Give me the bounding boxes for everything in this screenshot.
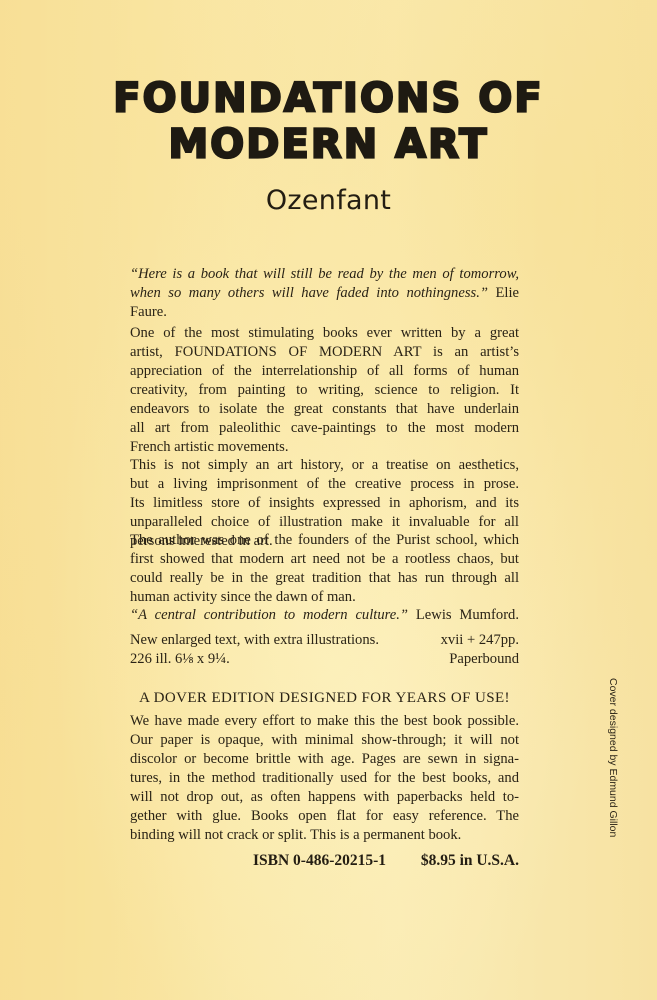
- text-line: will not drop out, as often happens with…: [130, 788, 519, 807]
- isbn: ISBN 0-486-20215-1: [253, 852, 386, 870]
- text-line: first showed that modern art need not be…: [130, 550, 519, 569]
- description-paragraph-1: One of the most stimulating books ever w…: [130, 324, 519, 457]
- text-line: binding will not crack or split. This is…: [130, 826, 519, 845]
- text-line: This is not simply an art history, or a …: [130, 456, 519, 475]
- dover-heading: A DOVER EDITION DESIGNED FOR YEARS OF US…: [130, 690, 519, 707]
- text-line: One of the most stimulating books ever w…: [130, 324, 519, 343]
- text-line: gether with glue. Books open flat for ea…: [130, 807, 519, 826]
- text-line: could really be in the great tradition t…: [130, 569, 519, 588]
- quote-text: “A central contribution to modern cultur…: [130, 607, 408, 623]
- book-title-line-2: MODERN ART: [0, 121, 657, 167]
- specs-line-1: New enlarged text, with extra illustrati…: [130, 631, 519, 650]
- text-line: creativity, from painting to writing, sc…: [130, 381, 519, 400]
- book-title-line-1: FOUNDATIONS OF: [0, 75, 657, 121]
- specs-description: New enlarged text, with extra illustrati…: [130, 631, 379, 650]
- text-line: The author was one of the founders of th…: [130, 531, 519, 550]
- text-line: French artistic movements.: [130, 438, 519, 457]
- text-line: unparalleled choice of illustration make…: [130, 513, 519, 532]
- price: $8.95 in U.S.A.: [421, 852, 519, 870]
- text-line: all art from paleolithic cave-paintings …: [130, 419, 519, 438]
- text-line: discolor or become brittle with age. Pag…: [130, 750, 519, 769]
- binding-type: Paperbound: [449, 650, 519, 669]
- text-line: appreciation of the interrelationship of…: [130, 362, 519, 381]
- quote-text: when so many others will have faded into…: [130, 285, 488, 301]
- text-line: human activity since the dawn of man.: [130, 588, 519, 607]
- author-name: Ozenfant: [0, 185, 657, 216]
- mumford-quote: “A central contribution to modern cultur…: [130, 606, 519, 625]
- specs-line-2: 226 ill. 6⅛ x 9¼. Paperbound: [130, 650, 519, 669]
- page-count: xvii + 247pp.: [441, 631, 519, 650]
- text-line: Its limitless store of insights expresse…: [130, 494, 519, 513]
- text-line: tures, in the method traditionally used …: [130, 769, 519, 788]
- text-line: artist, FOUNDATIONS OF MODERN ART is an …: [130, 343, 519, 362]
- quote-line: “A central contribution to modern cultur…: [130, 606, 519, 625]
- back-cover: FOUNDATIONS OF MODERN ART Ozenfant “Here…: [0, 0, 657, 1000]
- text-line: We have made every effort to make this t…: [130, 712, 519, 731]
- text-line: Our paper is opaque, with minimal show-t…: [130, 731, 519, 750]
- quote-attribution: Elie: [495, 285, 519, 301]
- book-specs: New enlarged text, with extra illustrati…: [130, 631, 519, 669]
- cover-credit-text: Cover designed by Edmund Gillon: [607, 678, 619, 828]
- text-line: endeavors to isolate the great constants…: [130, 400, 519, 419]
- text-line: but a living imprisonment of the creativ…: [130, 475, 519, 494]
- isbn-price-line: ISBN 0-486-20215-1 $8.95 in U.S.A.: [253, 852, 519, 870]
- quote-attribution-cont: Faure.: [130, 303, 519, 322]
- quote-line: “Here is a book that will still be read …: [130, 265, 519, 284]
- faure-quote: “Here is a book that will still be read …: [130, 265, 519, 322]
- illustrations-and-size: 226 ill. 6⅛ x 9¼.: [130, 650, 230, 669]
- quote-line: when so many others will have faded into…: [130, 284, 519, 303]
- dover-paragraph: We have made every effort to make this t…: [130, 712, 519, 845]
- quote-attribution: Lewis Mumford.: [416, 607, 519, 623]
- description-paragraph-3: The author was one of the founders of th…: [130, 531, 519, 607]
